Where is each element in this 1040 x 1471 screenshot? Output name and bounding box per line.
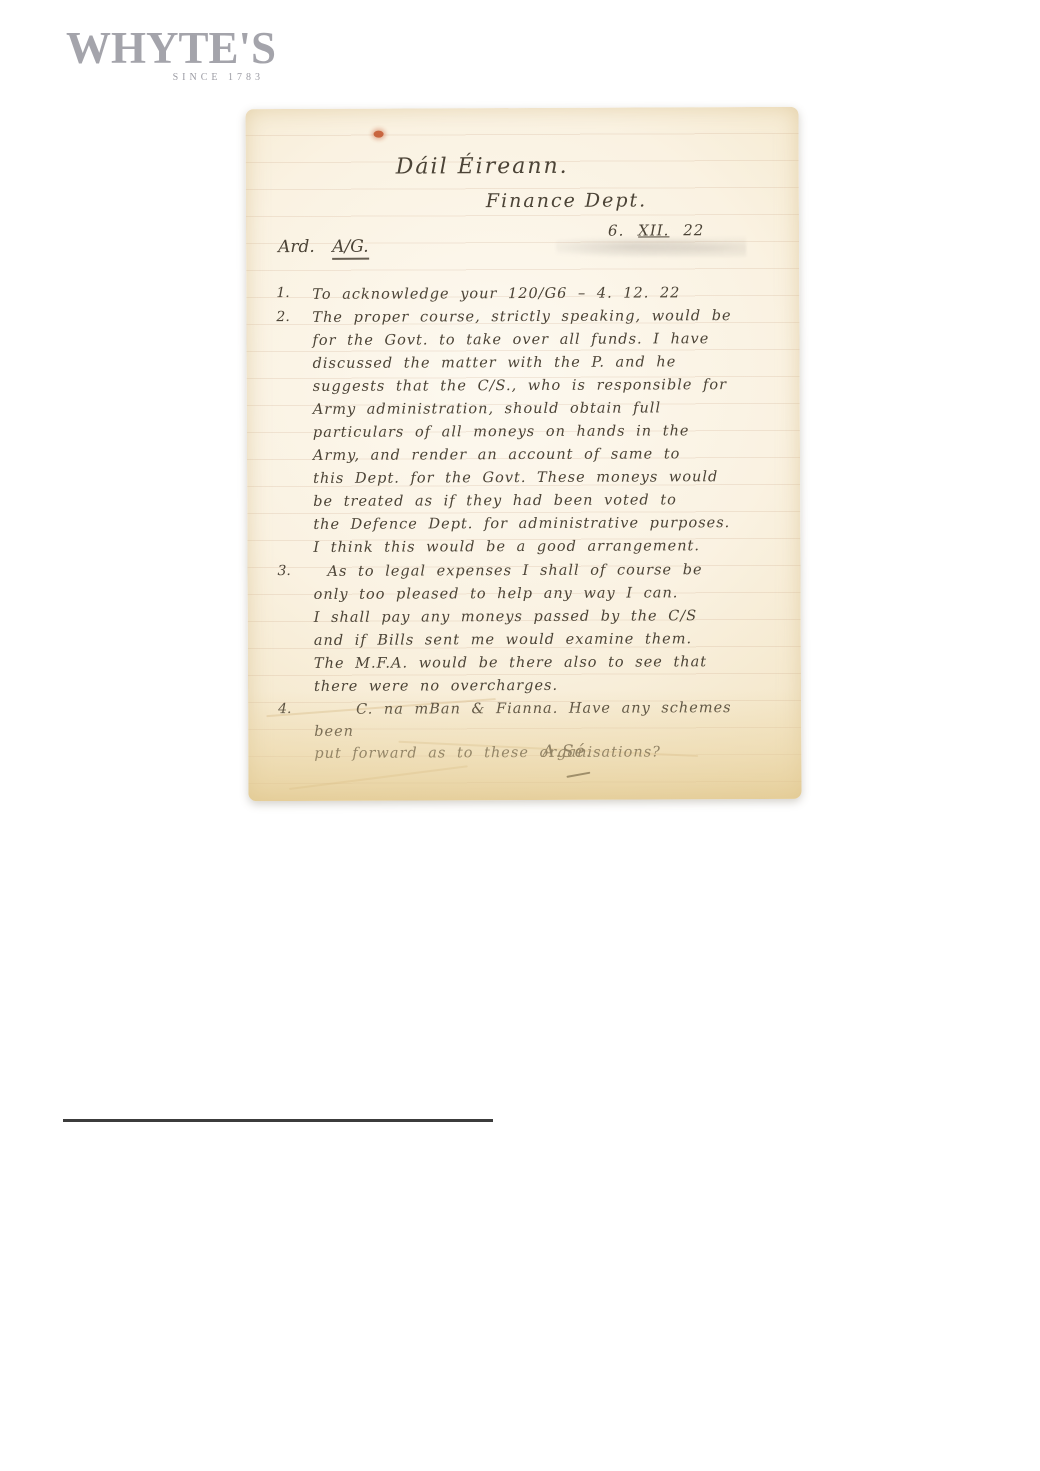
letter-line: As to legal expenses I shall of course b… <box>313 559 778 584</box>
letter-line: be treated as if they had been voted to <box>313 489 778 514</box>
letter-signature: A.Sé. <box>542 742 592 762</box>
letter-line: discussed the matter with the P. and he <box>313 351 778 376</box>
footnote-divider <box>63 1119 493 1122</box>
letter-item-4: 4. C. na mBan & Fianna. Have any schemes… <box>278 697 779 765</box>
letter-line: Army, and render an account of same to <box>313 443 778 468</box>
item-number: 2. <box>276 309 289 325</box>
date-year: 22 <box>683 221 704 239</box>
letter-line: I shall pay any moneys passed by the C/S <box>314 605 779 630</box>
whytes-logo: WHYTE'S SINCE 1783 <box>66 26 264 83</box>
letter-line: only too pleased to help any way I can. <box>314 582 779 607</box>
letter-line: for the Govt. to take over all funds. I … <box>312 328 777 353</box>
item-lines: To acknowledge your 120/G6 – 4. 12. 22 <box>312 281 777 307</box>
letter-line: C. na mBan & Fianna. Have any schemes be… <box>314 697 779 743</box>
date-month-roman: XII. <box>638 221 669 239</box>
letter-line: and if Bills sent me would examine them. <box>314 628 779 653</box>
letter-heading-department: Finance Dept. <box>486 189 647 212</box>
letter-line: Army administration, should obtain full <box>313 397 778 422</box>
item-lines: As to legal expenses I shall of course b… <box>313 559 779 699</box>
catalog-page: WHYTE'S SINCE 1783 Dáil Éireann. Finance… <box>0 0 1040 1471</box>
letter-item-3: 3. As to legal expenses I shall of cours… <box>277 559 779 699</box>
item-number: 4. <box>278 701 291 717</box>
letter-line: this Dept. for the Govt. These moneys wo… <box>313 466 778 491</box>
paper-crease <box>289 765 468 790</box>
letter-line: To acknowledge your 120/G6 – 4. 12. 22 <box>312 281 777 307</box>
salutation-reference: A/G. <box>332 237 368 260</box>
paper-stain <box>374 131 384 138</box>
letter-line: I think this would be a good arrangement… <box>313 535 778 560</box>
letter-line: particulars of all moneys on hands in th… <box>313 420 778 445</box>
letter-line: The M.F.A. would be there also to see th… <box>314 651 779 676</box>
letter-item-2: 2. The proper course, strictly speaking,… <box>276 305 778 560</box>
item-number: 1. <box>276 285 289 301</box>
brand-tagline: SINCE 1783 <box>66 72 264 83</box>
salutation-prefix: Ard. <box>278 237 315 257</box>
signature-flourish <box>566 772 590 778</box>
letter-line: there were no overcharges. <box>314 674 779 699</box>
letter-line: The proper course, strictly speaking, wo… <box>312 305 777 330</box>
letter-item-1: 1. To acknowledge your 120/G6 – 4. 12. 2… <box>276 281 777 307</box>
item-number: 3. <box>277 563 290 579</box>
letter-heading-organisation: Dáil Éireann. <box>396 154 569 180</box>
letter-date: 6. XII. 22 <box>608 221 712 239</box>
brand-wordmark: WHYTE'S <box>66 26 264 71</box>
letter-line: suggests that the C/S., who is responsib… <box>313 374 778 399</box>
letter-salutation: Ard. A/G. <box>278 237 369 257</box>
letter-line: the Defence Dept. for administrative pur… <box>313 512 778 537</box>
letter-scan: Dáil Éireann. Finance Dept. 6. XII. 22 A… <box>245 107 801 801</box>
date-day: 6. <box>608 222 624 240</box>
item-lines: The proper course, strictly speaking, wo… <box>312 305 778 560</box>
